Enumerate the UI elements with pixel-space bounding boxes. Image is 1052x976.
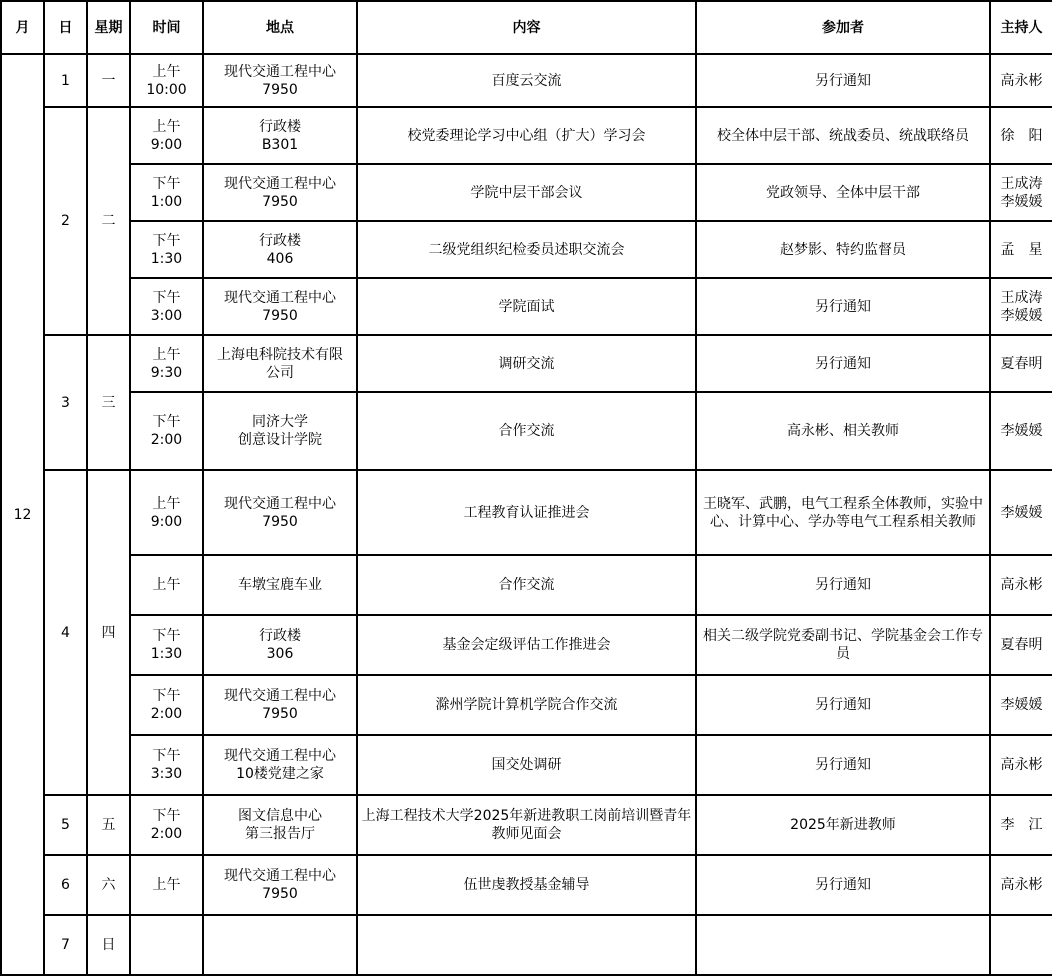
location-cell	[203, 915, 357, 975]
location-cell: 现代交通工程中心 7950	[203, 278, 357, 335]
host-cell: 孟 星	[990, 221, 1052, 278]
participants-cell: 校全体中层干部、统战委员、统战联络员	[696, 107, 990, 164]
time-cell: 上午 10:00	[130, 54, 203, 107]
location-cell: 上海电科院技术有限 公司	[203, 335, 357, 392]
location-cell: 现代交通工程中心 10楼党建之家	[203, 735, 357, 795]
content-cell: 二级党组织纪检委员述职交流会	[357, 221, 696, 278]
time-cell	[130, 915, 203, 975]
table-row: 5 五 下午 2:00 图文信息中心 第三报告厅 上海工程技术大学2025年新进…	[1, 795, 1052, 855]
location-cell: 行政楼 306	[203, 615, 357, 675]
weekday-cell: 日	[87, 915, 130, 975]
weekday-cell: 一	[87, 54, 130, 107]
table-row: 下午 2:00 现代交通工程中心 7950 滁州学院计算机学院合作交流 另行通知…	[1, 675, 1052, 735]
content-cell: 学院面试	[357, 278, 696, 335]
weekday-cell: 二	[87, 107, 130, 335]
time-cell: 下午 1:00	[130, 164, 203, 221]
participants-cell: 另行通知	[696, 735, 990, 795]
content-cell: 基金会定级评估工作推进会	[357, 615, 696, 675]
table-row: 下午 2:00 同济大学 创意设计学院 合作交流 高永彬、相关教师 李媛媛	[1, 392, 1052, 470]
host-cell: 高永彬	[990, 855, 1052, 915]
table-row: 4 四 上午 9:00 现代交通工程中心 7950 工程教育认证推进会 王晓军、…	[1, 470, 1052, 555]
participants-cell: 高永彬、相关教师	[696, 392, 990, 470]
participants-cell: 另行通知	[696, 278, 990, 335]
day-cell: 1	[44, 54, 87, 107]
weekday-cell: 五	[87, 795, 130, 855]
host-cell: 高永彬	[990, 555, 1052, 615]
host-cell: 王成涛 李媛媛	[990, 164, 1052, 221]
table-row: 7 日	[1, 915, 1052, 975]
header-location: 地点	[203, 1, 357, 54]
location-cell: 行政楼 B301	[203, 107, 357, 164]
content-cell: 国交处调研	[357, 735, 696, 795]
content-cell	[357, 915, 696, 975]
header-participants: 参加者	[696, 1, 990, 54]
location-cell: 行政楼 406	[203, 221, 357, 278]
table-row: 下午 3:30 现代交通工程中心 10楼党建之家 国交处调研 另行通知 高永彬	[1, 735, 1052, 795]
header-row: 月 日 星期 时间 地点 内容 参加者 主持人	[1, 1, 1052, 54]
day-cell: 4	[44, 470, 87, 795]
host-cell: 李 江	[990, 795, 1052, 855]
table-row: 上午 车墩宝鹿车业 合作交流 另行通知 高永彬	[1, 555, 1052, 615]
location-cell: 现代交通工程中心 7950	[203, 54, 357, 107]
header-month: 月	[1, 1, 44, 54]
day-cell: 5	[44, 795, 87, 855]
host-cell: 李媛媛	[990, 470, 1052, 555]
host-cell: 高永彬	[990, 54, 1052, 107]
content-cell: 合作交流	[357, 392, 696, 470]
time-cell: 上午 9:00	[130, 470, 203, 555]
time-cell: 下午 2:00	[130, 392, 203, 470]
day-cell: 3	[44, 335, 87, 470]
content-cell: 校党委理论学习中心组（扩大）学习会	[357, 107, 696, 164]
participants-cell: 另行通知	[696, 675, 990, 735]
month-cell: 12	[1, 54, 44, 975]
participants-cell: 党政领导、全体中层干部	[696, 164, 990, 221]
time-cell: 下午 1:30	[130, 221, 203, 278]
table-row: 下午 3:00 现代交通工程中心 7950 学院面试 另行通知 王成涛 李媛媛	[1, 278, 1052, 335]
time-cell: 下午 2:00	[130, 795, 203, 855]
host-cell: 李媛媛	[990, 392, 1052, 470]
host-cell: 夏春明	[990, 615, 1052, 675]
host-cell	[990, 915, 1052, 975]
participants-cell: 相关二级学院党委副书记、学院基金会工作专员	[696, 615, 990, 675]
header-time: 时间	[130, 1, 203, 54]
table-row: 2 二 上午 9:00 行政楼 B301 校党委理论学习中心组（扩大）学习会 校…	[1, 107, 1052, 164]
host-cell: 高永彬	[990, 735, 1052, 795]
time-cell: 下午 1:30	[130, 615, 203, 675]
weekday-cell: 六	[87, 855, 130, 915]
weekday-cell: 三	[87, 335, 130, 470]
time-cell: 上午	[130, 555, 203, 615]
table-row: 3 三 上午 9:30 上海电科院技术有限 公司 调研交流 另行通知 夏春明	[1, 335, 1052, 392]
table-row: 6 六 上午 现代交通工程中心 7950 伍世虔教授基金辅导 另行通知 高永彬	[1, 855, 1052, 915]
host-cell: 徐 阳	[990, 107, 1052, 164]
weekly-schedule-table: 月 日 星期 时间 地点 内容 参加者 主持人 12 1 一 上午 10:00 …	[0, 0, 1052, 976]
participants-cell: 另行通知	[696, 335, 990, 392]
location-cell: 车墩宝鹿车业	[203, 555, 357, 615]
location-cell: 图文信息中心 第三报告厅	[203, 795, 357, 855]
time-cell: 下午 3:00	[130, 278, 203, 335]
participants-cell: 王晓军、武鹏，电气工程系全体教师，实验中心、计算中心、学办等电气工程系相关教师	[696, 470, 990, 555]
participants-cell: 另行通知	[696, 555, 990, 615]
participants-cell: 另行通知	[696, 855, 990, 915]
host-cell: 王成涛 李媛媛	[990, 278, 1052, 335]
location-cell: 现代交通工程中心 7950	[203, 855, 357, 915]
content-cell: 工程教育认证推进会	[357, 470, 696, 555]
content-cell: 学院中层干部会议	[357, 164, 696, 221]
table-row: 下午 1:30 行政楼 306 基金会定级评估工作推进会 相关二级学院党委副书记…	[1, 615, 1052, 675]
header-content: 内容	[357, 1, 696, 54]
location-cell: 现代交通工程中心 7950	[203, 164, 357, 221]
day-cell: 2	[44, 107, 87, 335]
location-cell: 同济大学 创意设计学院	[203, 392, 357, 470]
table-row: 12 1 一 上午 10:00 现代交通工程中心 7950 百度云交流 另行通知…	[1, 54, 1052, 107]
header-weekday: 星期	[87, 1, 130, 54]
host-cell: 李媛媛	[990, 675, 1052, 735]
day-cell: 7	[44, 915, 87, 975]
day-cell: 6	[44, 855, 87, 915]
host-cell: 夏春明	[990, 335, 1052, 392]
participants-cell: 另行通知	[696, 54, 990, 107]
weekday-cell: 四	[87, 470, 130, 795]
table-row: 下午 1:30 行政楼 406 二级党组织纪检委员述职交流会 赵梦影、特约监督员…	[1, 221, 1052, 278]
header-host: 主持人	[990, 1, 1052, 54]
content-cell: 上海工程技术大学2025年新进教职工岗前培训暨青年教师见面会	[357, 795, 696, 855]
location-cell: 现代交通工程中心 7950	[203, 675, 357, 735]
content-cell: 调研交流	[357, 335, 696, 392]
participants-cell	[696, 915, 990, 975]
time-cell: 上午 9:30	[130, 335, 203, 392]
header-day: 日	[44, 1, 87, 54]
participants-cell: 2025年新进教师	[696, 795, 990, 855]
content-cell: 伍世虔教授基金辅导	[357, 855, 696, 915]
content-cell: 合作交流	[357, 555, 696, 615]
time-cell: 下午 2:00	[130, 675, 203, 735]
time-cell: 下午 3:30	[130, 735, 203, 795]
content-cell: 百度云交流	[357, 54, 696, 107]
location-cell: 现代交通工程中心 7950	[203, 470, 357, 555]
participants-cell: 赵梦影、特约监督员	[696, 221, 990, 278]
time-cell: 上午	[130, 855, 203, 915]
time-cell: 上午 9:00	[130, 107, 203, 164]
table-row: 下午 1:00 现代交通工程中心 7950 学院中层干部会议 党政领导、全体中层…	[1, 164, 1052, 221]
content-cell: 滁州学院计算机学院合作交流	[357, 675, 696, 735]
